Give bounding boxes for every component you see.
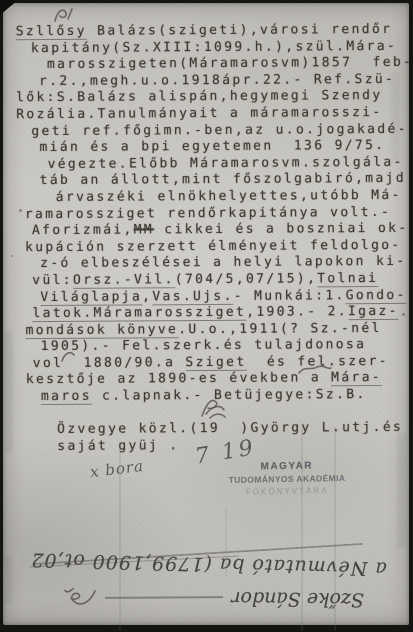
typed-segment: latok.Máramarossziget — [32, 305, 246, 322]
crease-line — [225, 508, 227, 578]
typed-segment: geti ref.főgimn.-ben,az u.o.jogakadé- — [31, 121, 408, 138]
bleedthrough-smudge — [4, 556, 12, 604]
typed-segment: Özvegye közl.(19 )György L.utj.és — [57, 420, 403, 437]
bleedthrough-smudge — [4, 331, 13, 453]
typed-segment: ,1903.- 2. — [246, 304, 348, 320]
typed-segment: mondások könyve — [26, 322, 179, 339]
handwritten-note: x bora — [89, 457, 145, 481]
typed-segment: kesztője az 1890-es években a — [26, 371, 331, 388]
typed-segment: cikkei és a boszniai ok- — [154, 221, 409, 238]
typed-segment: kupáción szerzett élményeit feldolgo- — [25, 238, 402, 255]
typed-segment: árvaszéki elnökhelyettes,utóbb Má- — [56, 188, 402, 205]
typed-segment: Rozália.Tanulmányait a máramarosszi- — [16, 105, 382, 122]
typed-segment: lők:S.Balázs alispán,hegymegi Szendy — [16, 88, 382, 105]
typed-segment: c.lapnak.- Betüjegye:Sz.B. — [92, 387, 367, 404]
pencil-flourish — [63, 584, 97, 608]
typed-segment: .U.o.,1911(? Sz.-nél — [178, 321, 382, 337]
typed-segment: Szllősy — [16, 24, 87, 40]
typed-line: vül:Orsz.-Vil.(704/5,07/15),Tolnai — [17, 271, 409, 290]
pencil-strike-line-3 — [105, 596, 223, 599]
typed-text-block: Szllősy Balázs(szigeti),városi rendőrkap… — [16, 22, 411, 456]
typed-segment: Gondo- — [346, 287, 407, 303]
typed-segment: táb an állott,mint főszolgabiró,majd — [40, 171, 406, 188]
paper-speck — [19, 209, 22, 212]
typed-segment: 1905).- Fel.szerk.és tulajdonosa — [41, 337, 367, 354]
typed-segment: végezte.Előbb Máramarosvm.szolgála- — [47, 155, 403, 172]
library-stamp: MAGYAR TUDOMÁNYOS AKADÉMIA FŐKÖNYVTÁRA — [218, 460, 357, 497]
crease-line — [334, 427, 336, 631]
index-card-paper: Szllősy Balázs(szigeti),városi rendőrkap… — [3, 3, 409, 625]
typed-line: Özvegye közl.(19 )György L.utj.és — [18, 420, 410, 439]
typed-segment: Sziget — [185, 355, 246, 371]
paper-speck — [402, 313, 405, 316]
bleedthrough-smudge — [391, 73, 399, 163]
bleedthrough-smudge — [397, 433, 407, 548]
crease-line — [301, 427, 303, 631]
typed-segment: Orsz.-Vil. — [73, 272, 175, 289]
typed-segment: - Munkái:1. — [234, 288, 346, 304]
typed-segment: mián és a bpi egyetemen 136 9/75. — [39, 138, 385, 155]
typed-segment: ramarossziget rendőrkapitánya volt.- — [25, 204, 391, 221]
paper-speck — [11, 255, 13, 257]
paper-speck — [348, 601, 351, 603]
inverted-note-text-2: Szőke Sándor — [231, 587, 364, 610]
typed-segment: vol 1880/90.a — [33, 355, 186, 371]
typed-segment: MM — [134, 222, 154, 237]
typed-segment: (704/5,07/15), — [175, 271, 318, 287]
typed-segment: Balázs(szigeti),városi rendőr — [87, 22, 392, 39]
typed-segment: Tolnai — [317, 271, 378, 287]
stamp-line-3: FŐKÖNYVTÁRA — [218, 486, 356, 497]
typed-segment: Mára- — [331, 370, 382, 386]
pencil-scribble — [198, 394, 228, 420]
crease-line — [119, 441, 121, 631]
typed-segment: maros — [41, 389, 92, 405]
pencil-mark-evek — [297, 362, 333, 377]
typed-segment: z-ó elbeszélései a helyi lapokon ki- — [40, 254, 406, 271]
pencil-mark-small — [59, 348, 77, 364]
typed-segment: Aforizmái, — [32, 223, 134, 239]
typed-segment: Vas.Ujs. — [152, 288, 234, 304]
inverted-handwriting-2: Szőke Sándor — [58, 577, 364, 618]
typed-segment: kapitány(Sz.XIII:1099.h.),szül.Mára- — [31, 38, 397, 55]
typed-segment: Igaz- — [348, 304, 399, 320]
typed-segment: r.2.,megh.u.o.1918ápr.22.- Ref.Szü- — [39, 72, 395, 89]
pencil-corner-mark — [51, 5, 75, 25]
typed-segment: , — [142, 289, 152, 304]
typed-segment: vül: — [32, 273, 73, 288]
typed-segment: Világlapja — [40, 289, 142, 306]
scanned-card: Szllősy Balázs(szigeti),városi rendőrkap… — [0, 0, 413, 632]
typed-segment: marosszigeten(Máramarosvm)1857 feb- — [47, 55, 413, 72]
